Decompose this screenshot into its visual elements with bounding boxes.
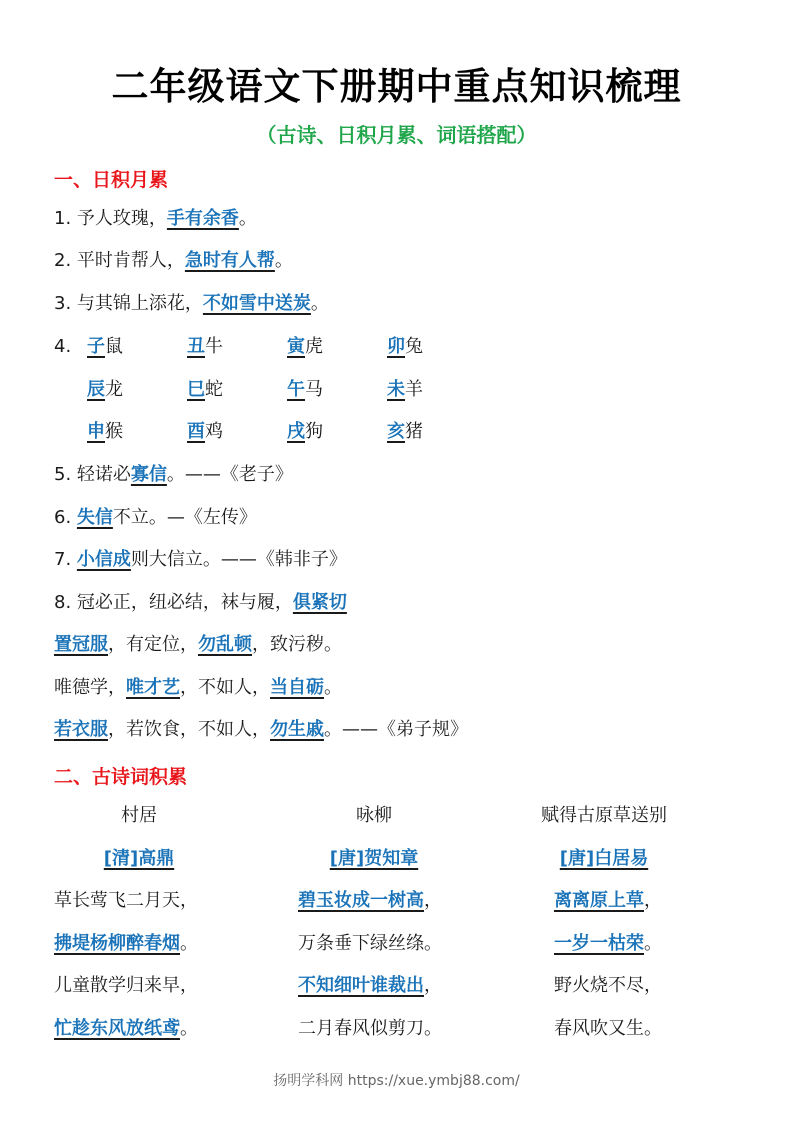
page-title: 二年级语文下册期中重点知识梳理 <box>0 56 793 110</box>
zodiac-cell: 子鼠 <box>87 334 123 360</box>
poem-line: 万条垂下绿丝绦。 <box>298 931 442 957</box>
poem-line: 儿童散学归来早， <box>54 973 198 999</box>
poem-line: 不知细叶谁裁出， <box>298 973 442 999</box>
answer: 不如雪中送炭 <box>203 293 311 314</box>
zodiac-cell: 申猴 <box>87 419 123 445</box>
item-8-line-4: 若衣服，若饮食，不如人，勿生戚。——《弟子规》 <box>54 717 468 743</box>
zodiac-cell: 午马 <box>287 377 323 403</box>
item-2: 2. 平时肯帮人，急时有人帮。 <box>54 248 293 274</box>
page-subtitle: （古诗、日积月累、词语搭配） <box>0 119 793 148</box>
zodiac-cell: 未羊 <box>387 377 423 403</box>
poem-line: 离离原上草， <box>554 888 662 914</box>
zodiac-cell: 巳蛇 <box>187 377 223 403</box>
section-heading-2: 二、古诗词积累 <box>54 762 187 789</box>
footer-watermark: 扬明学科网 https://xue.ymbj88.com/ <box>0 1070 793 1090</box>
zodiac-cell: 亥猪 <box>387 419 423 445</box>
poem-title: 村居 <box>29 803 249 829</box>
item-7: 7. 小信成则大信立。——《韩非子》 <box>54 547 347 573</box>
poem-title: 赋得古原草送别 <box>494 803 714 829</box>
item-8-line-2: 置冠服，有定位，勿乱顿，致污秽。 <box>54 632 342 658</box>
poem-line: 草长莺飞二月天， <box>54 888 198 914</box>
poem-line: 忙趁东风放纸鸢。 <box>54 1016 198 1042</box>
poem-author: [唐]白居易 <box>494 846 714 872</box>
section-heading-1: 一、日积月累 <box>54 165 168 192</box>
item-6: 6. 失信不立。—《左传》 <box>54 505 257 531</box>
answer: 手有余香 <box>167 208 239 229</box>
poem-author: [唐]贺知章 <box>264 846 484 872</box>
zodiac-cell: 寅虎 <box>287 334 323 360</box>
poem-line: 野火烧不尽， <box>554 973 662 999</box>
zodiac-cell: 卯兔 <box>387 334 423 360</box>
poem-line: 二月春风似剪刀。 <box>298 1016 442 1042</box>
poem-line: 春风吹又生。 <box>554 1016 662 1042</box>
item-5: 5. 轻诺必寡信。——《老子》 <box>54 462 293 488</box>
zodiac-cell: 酉鸡 <box>187 419 223 445</box>
zodiac-cell: 丑牛 <box>187 334 223 360</box>
answer: 急时有人帮 <box>185 250 275 271</box>
zodiac-cell: 辰龙 <box>87 377 123 403</box>
item-8-line-3: 唯德学，唯才艺，不如人，当自砺。 <box>54 675 342 701</box>
poem-title: 咏柳 <box>264 803 484 829</box>
item-1: 1. 予人玫瑰，手有余香。 <box>54 206 257 232</box>
zodiac-label: 4. <box>54 334 71 360</box>
item-8-line-1: 8. 冠必正，纽必结，袜与履，俱紧切 <box>54 590 347 616</box>
zodiac-cell: 戌狗 <box>287 419 323 445</box>
poem-author: [清]高鼎 <box>29 846 249 872</box>
poem-line: 一岁一枯荣。 <box>554 931 662 957</box>
item-3: 3. 与其锦上添花，不如雪中送炭。 <box>54 291 329 317</box>
poem-line: 拂堤杨柳醉春烟。 <box>54 931 198 957</box>
poem-line: 碧玉妆成一树高， <box>298 888 442 914</box>
